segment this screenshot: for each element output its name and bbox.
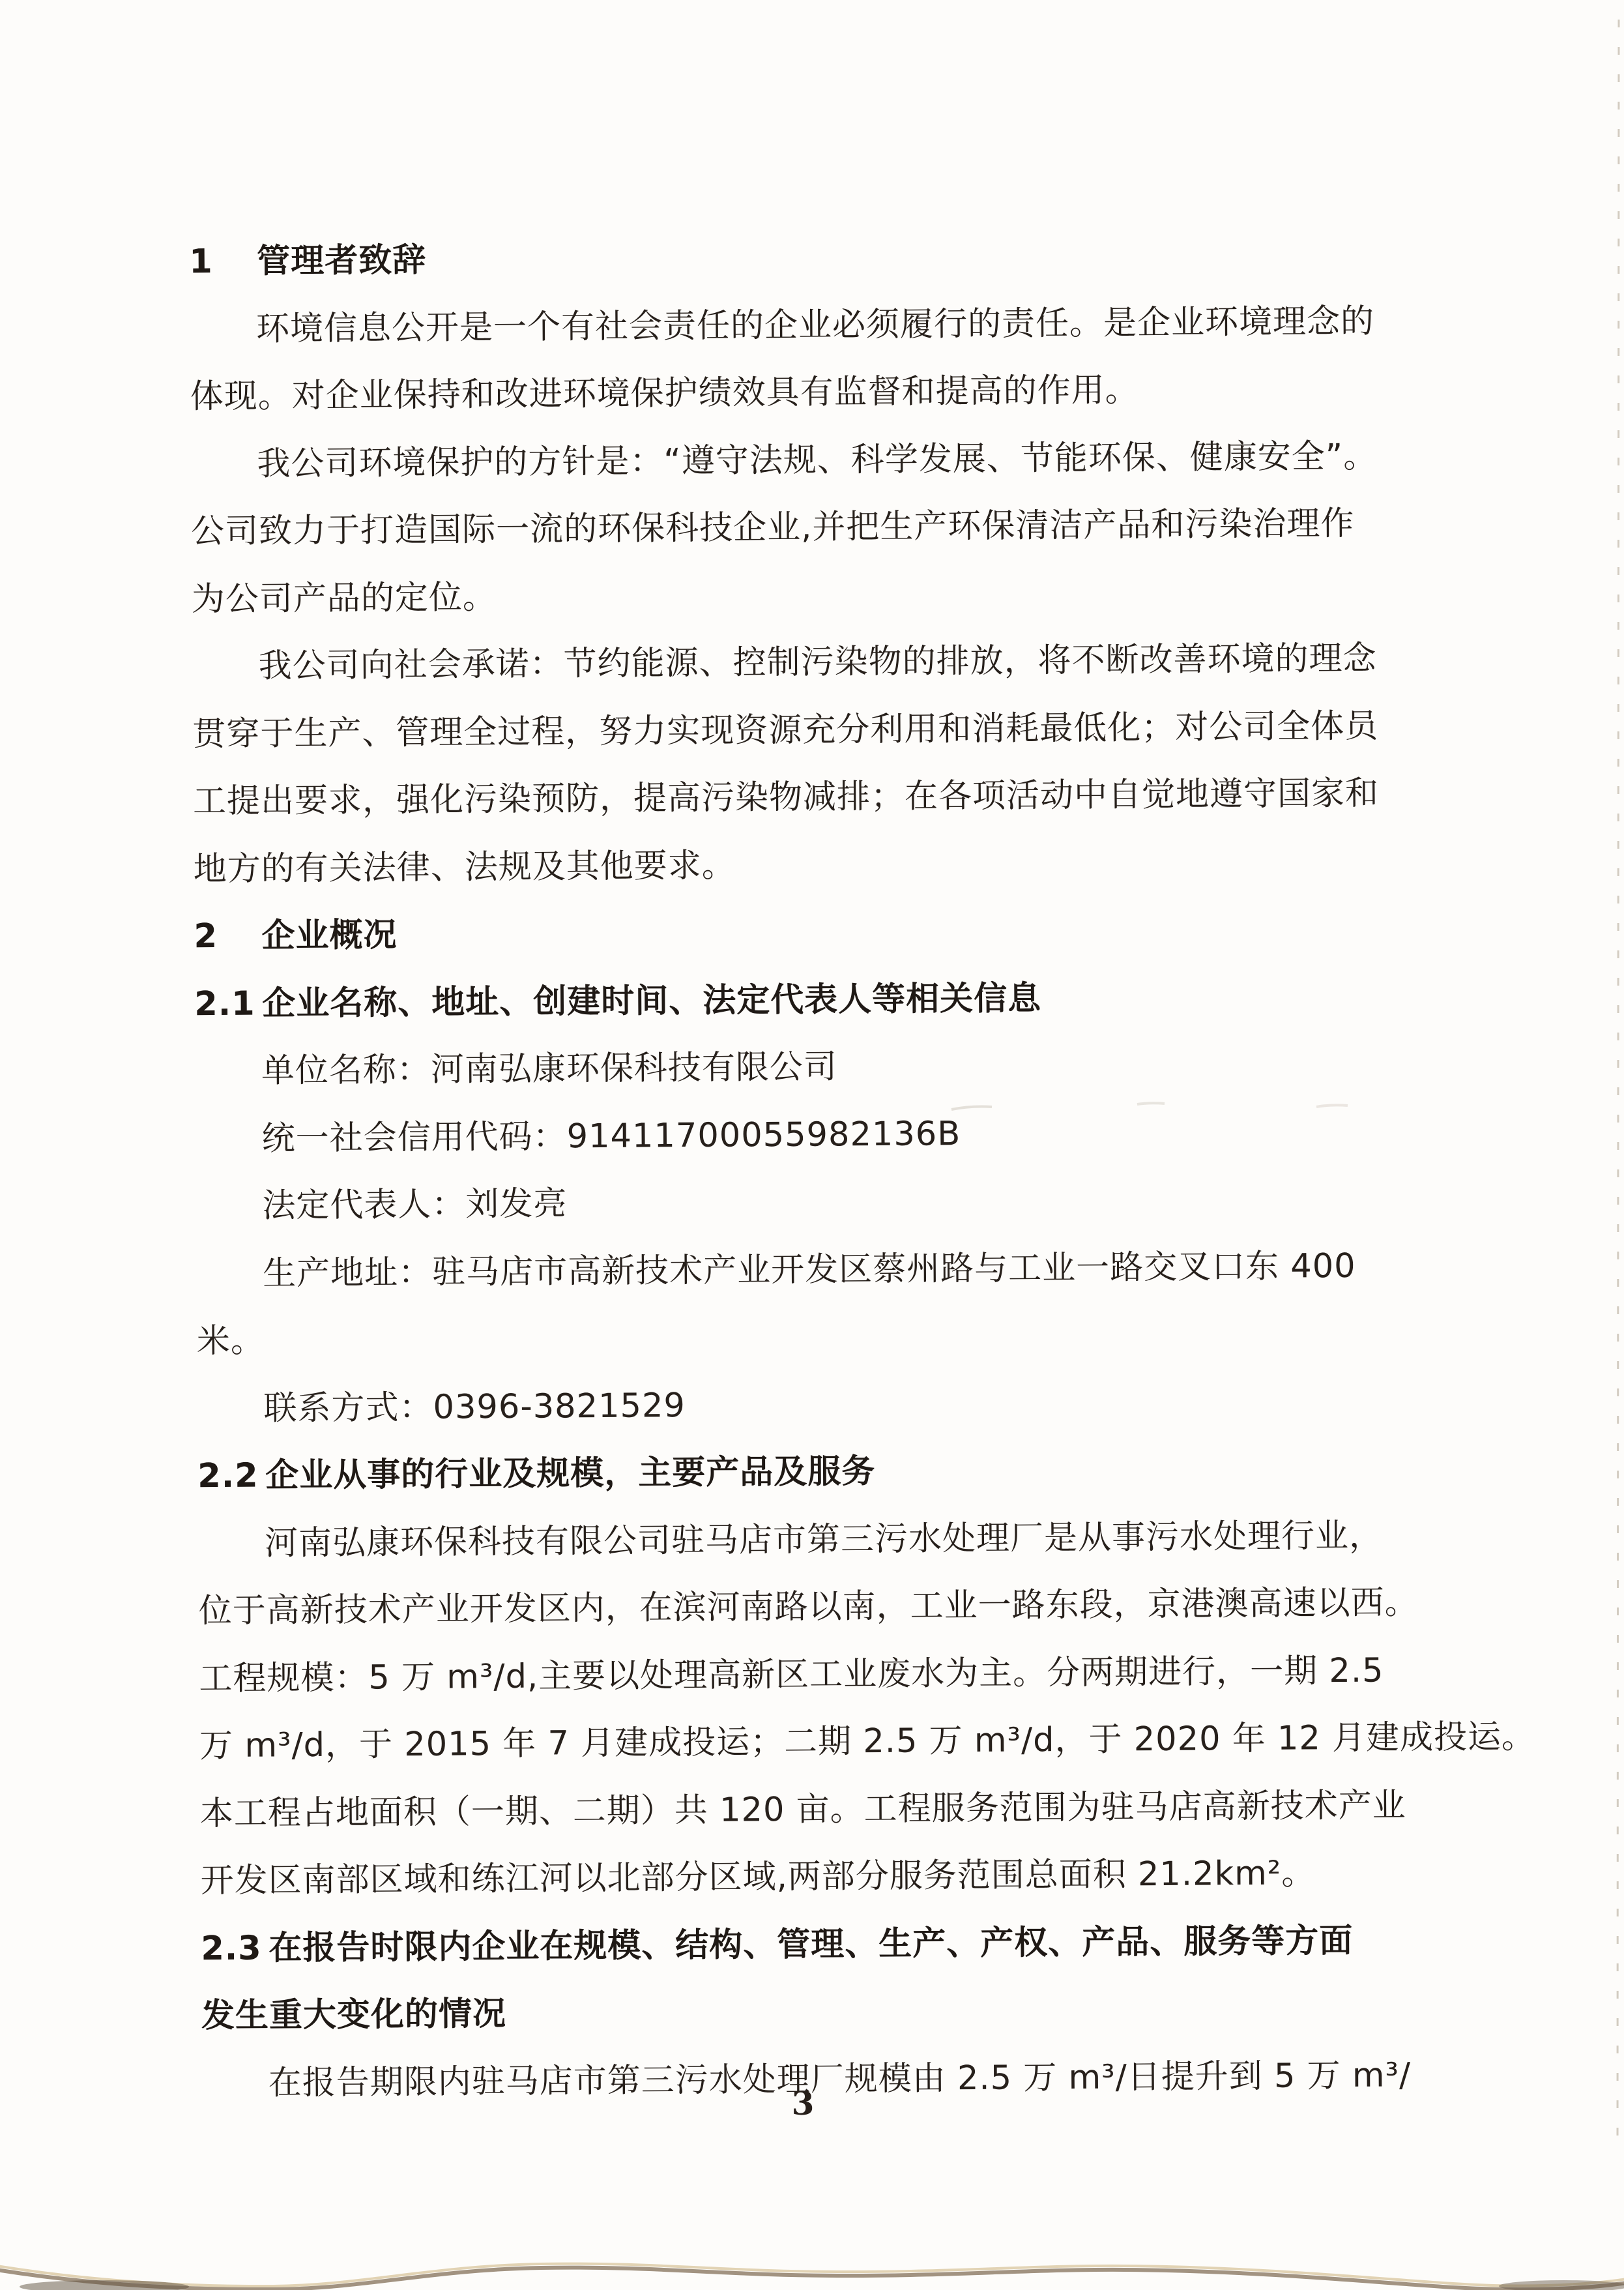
paragraph-line: 我公司向社会承诺：节约能源、控制污染物的排放，将不断改善环境的理念	[192, 625, 1365, 701]
section-number: 1	[189, 228, 257, 296]
section-heading-2: 2企业概况	[194, 895, 1367, 971]
paragraph-line: 开发区南部区域和练江河以北部分区域,两部分服务范围总面积 21.2km²。	[200, 1840, 1374, 1915]
scan-corner-blotch-left	[20, 2280, 189, 2290]
section-heading-2-3: 2.3在报告时限内企业在规模、结构、管理、生产、产权、产品、服务等方面	[201, 1907, 1374, 1982]
paragraph-line: 位于高新技术产业开发区内，在滨河南路以南，工业一路东段，京港澳高速以西。	[198, 1570, 1372, 1645]
section-title: 在报告时限内企业在规模、结构、管理、生产、产权、产品、服务等方面	[268, 1921, 1353, 1967]
scanned-document-page: 1管理者致辞 环境信息公开是一个有社会责任的企业必须履行的责任。是企业环境理念的…	[0, 0, 1624, 2290]
section-title: 企业从事的行业及规模，主要产品及服务	[265, 1452, 875, 1495]
paragraph-line: 本工程占地面积（一期、二期）共 120 亩。工程服务范围为驻马店高新技术产业	[200, 1772, 1374, 1847]
section-heading-1: 1管理者致辞	[189, 220, 1363, 296]
paragraph-line: 我公司环境保护的方针是：“遵守法规、科学发展、节能环保、健康安全”。	[190, 422, 1364, 498]
section-heading-2-3-continuation: 发生重大变化的情况	[201, 1974, 1375, 2050]
paragraph-line: 公司致力于打造国际一流的环保科技企业,并把生产环保清洁产品和污染治理作	[191, 490, 1365, 566]
paragraph-line: 地方的有关法律、法规及其他要求。	[193, 827, 1367, 903]
section-title: 企业概况	[261, 916, 397, 955]
paragraph-line: 万 m³/d，于 2015 年 7 月建成投运；二期 2.5 万 m³/d，于 …	[199, 1705, 1373, 1780]
field-line-company-name: 单位名称：河南弘康环保科技有限公司	[195, 1030, 1369, 1106]
paragraph-line: 体现。对企业保持和改进环境保护绩效具有监督和提高的作用。	[190, 355, 1363, 431]
section-heading-2-2: 2.2企业从事的行业及规模，主要产品及服务	[197, 1435, 1371, 1510]
section-title: 企业名称、地址、创建时间、法定代表人等相关信息	[262, 979, 1041, 1023]
paragraph-line: 工程规模：5 万 m³/d,主要以处理高新区工业废水为主。分两期进行，一期 2.…	[199, 1637, 1372, 1712]
section-title: 管理者致辞	[257, 241, 426, 281]
field-line-legal-representative: 法定代表人：刘发亮	[196, 1165, 1369, 1240]
scan-corner-blotch-right	[1499, 2280, 1624, 2290]
section-number: 2.3	[201, 1915, 269, 1982]
section-heading-2-1: 2.1企业名称、地址、创建时间、法定代表人等相关信息	[194, 962, 1368, 1038]
field-line-contact-phone: 联系方式：0396-3821529	[197, 1367, 1370, 1443]
section-number: 2.1	[194, 970, 263, 1038]
paragraph-line: 米。	[196, 1300, 1370, 1375]
paragraph-line: 贯穿于生产、管理全过程，努力实现资源充分利用和消耗最低化；对公司全体员	[192, 692, 1366, 768]
page-number: 3	[0, 2086, 1615, 2121]
paragraph-line: 环境信息公开是一个有社会责任的企业必须履行的责任。是企业环境理念的	[190, 287, 1363, 363]
section-number: 2	[194, 903, 262, 971]
scan-bottom-curl-highlight	[0, 2264, 1624, 2286]
field-line-production-address: 生产地址：驻马店市高新技术产业开发区蔡州路与工业一路交叉口东 400	[196, 1232, 1370, 1308]
scan-bottom-curl-shadow	[0, 2268, 1624, 2289]
document-text-block: 1管理者致辞 环境信息公开是一个有社会责任的企业必须履行的责任。是企业环境理念的…	[189, 220, 1375, 2117]
section-number: 2.2	[197, 1443, 266, 1510]
paragraph-line: 工提出要求，强化污染预防，提高污染物减排；在各项活动中自觉地遵守国家和	[193, 760, 1367, 836]
field-line-credit-code: 统一社会信用代码：91411700055982136B	[195, 1097, 1369, 1173]
scan-right-edge-streak	[1617, 20, 1619, 2151]
paragraph-line: 为公司产品的定位。	[192, 557, 1365, 633]
paragraph-line: 河南弘康环保科技有限公司驻马店市第三污水处理厂是从事污水处理行业，	[198, 1502, 1372, 1578]
